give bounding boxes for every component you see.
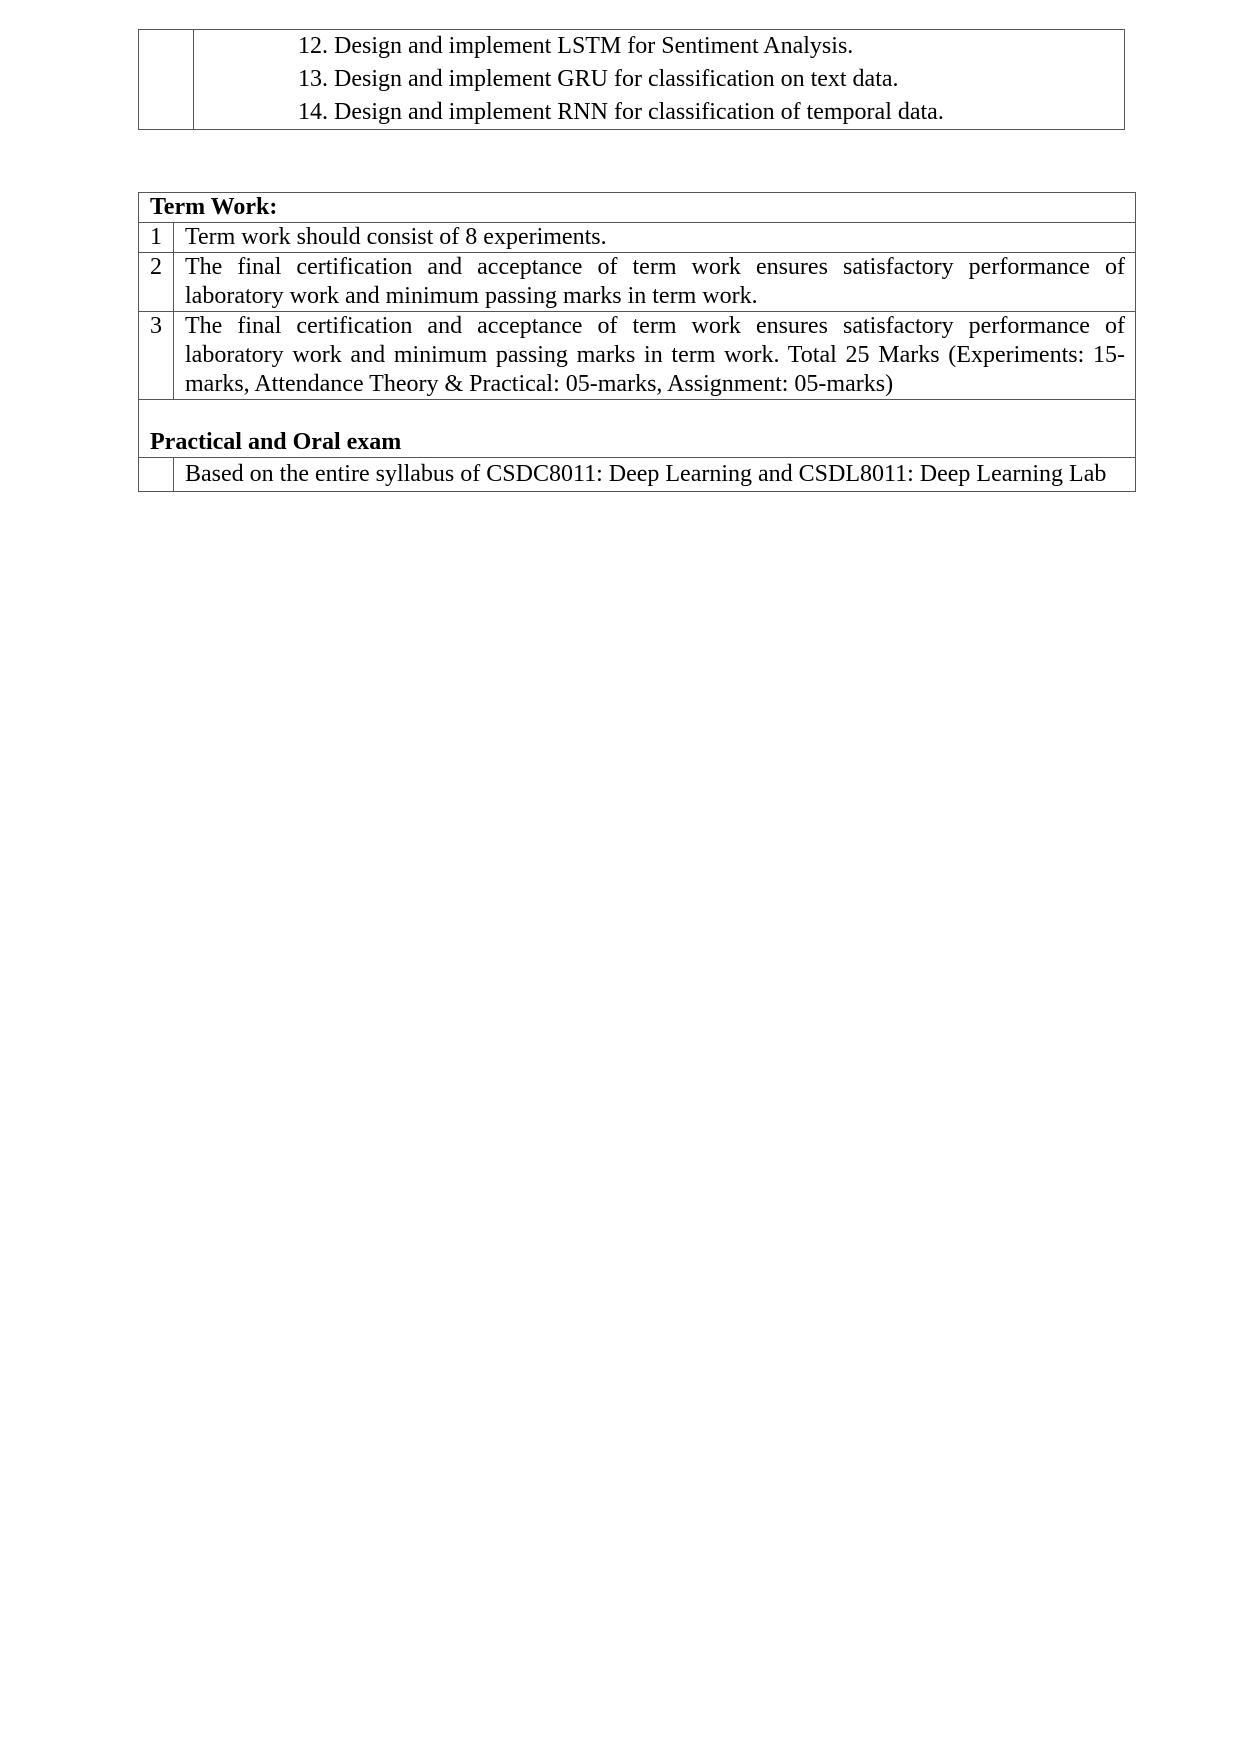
row-text: The final certification and acceptance o… [174, 312, 1136, 400]
term-work-heading-row: Term Work: [139, 193, 1136, 223]
spacer [150, 400, 1124, 428]
blank-number-cell [139, 458, 174, 492]
term-work-heading: Term Work: [139, 193, 1136, 223]
experiments-table: 12. Design and implement LSTM for Sentim… [138, 29, 1125, 130]
term-work-row: 1 Term work should consist of 8 experime… [139, 223, 1136, 253]
blank-cell [139, 30, 194, 130]
experiments-list: 12. Design and implement LSTM for Sentim… [194, 30, 1125, 130]
row-text: Term work should consist of 8 experiment… [174, 223, 1136, 253]
row-number: 2 [139, 253, 174, 312]
term-work-table: Term Work: 1 Term work should consist of… [138, 192, 1136, 492]
experiments-row: 12. Design and implement LSTM for Sentim… [139, 30, 1125, 130]
term-work-row: 2 The final certification and acceptance… [139, 253, 1136, 312]
experiment-item: 13. Design and implement GRU for classif… [298, 63, 1124, 96]
practical-oral-text: Based on the entire syllabus of CSDC8011… [174, 458, 1136, 492]
practical-oral-heading: Practical and Oral exam [150, 428, 1124, 457]
term-work-row: 3 The final certification and acceptance… [139, 312, 1136, 400]
practical-oral-row: Based on the entire syllabus of CSDC8011… [139, 458, 1136, 492]
practical-oral-heading-row: Practical and Oral exam [139, 400, 1136, 458]
row-number: 3 [139, 312, 174, 400]
experiment-item: 14. Design and implement RNN for classif… [298, 96, 1124, 129]
experiment-item: 12. Design and implement LSTM for Sentim… [298, 30, 1124, 63]
row-text: The final certification and acceptance o… [174, 253, 1136, 312]
row-number: 1 [139, 223, 174, 253]
